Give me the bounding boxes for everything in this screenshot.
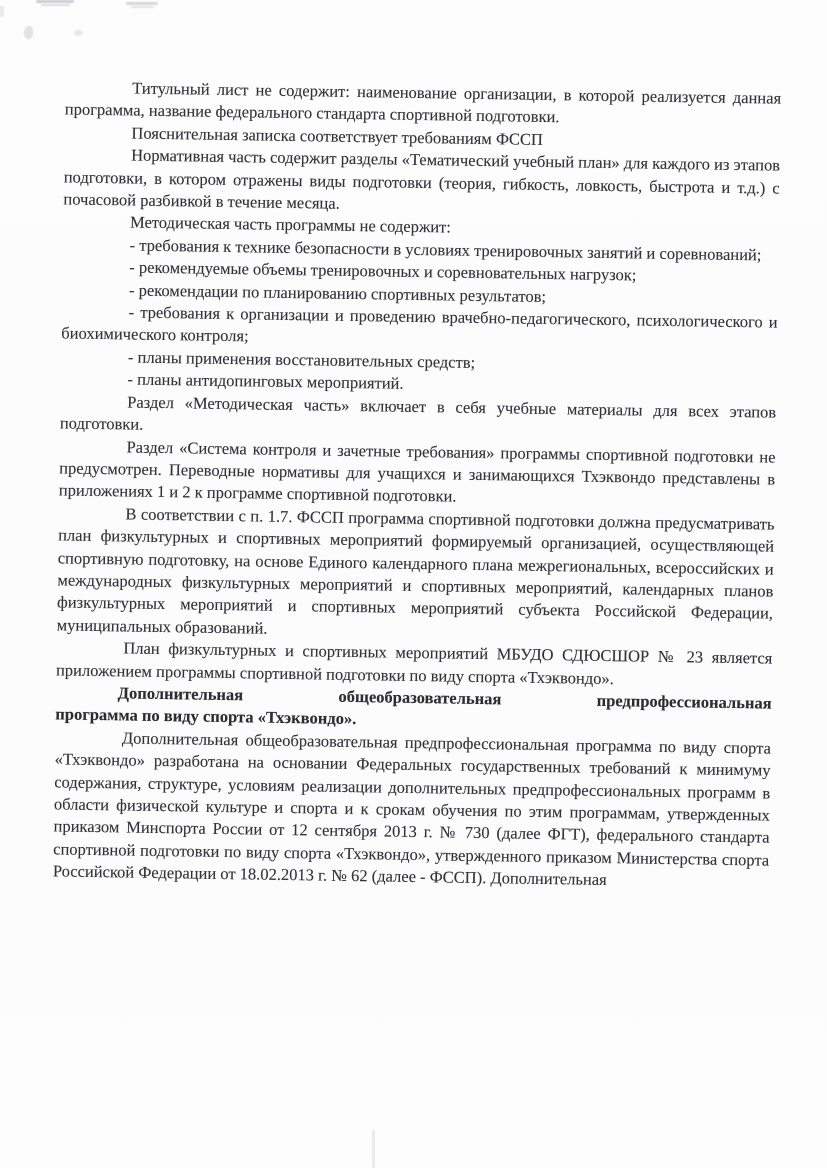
scan-squiggle-mark <box>24 26 33 39</box>
scan-edge-mark <box>0 6 4 17</box>
scan-smudge-icon <box>126 2 158 5</box>
paragraph-program-basis: Дополнительная общеобразовательная предп… <box>53 726 771 894</box>
scanned-page: Титульный лист не содержит: наименование… <box>0 0 827 1168</box>
paragraph-fssp-1-7: В соответствии с п. 1.7. ФССП программа … <box>57 502 775 648</box>
scan-smudge-icon <box>131 6 154 8</box>
paragraph-control-system: Раздел «Система контроля и зачетные треб… <box>59 435 776 513</box>
scan-dot-mark <box>74 30 83 36</box>
paragraph-normative-part: Нормативная часть содержит разделы «Тема… <box>63 144 780 222</box>
scan-smudge-icon <box>41 4 70 6</box>
document-text: Титульный лист не содержит: наименование… <box>53 76 782 894</box>
scan-smudge-icon <box>36 0 74 3</box>
scan-vertical-line <box>372 1130 375 1168</box>
